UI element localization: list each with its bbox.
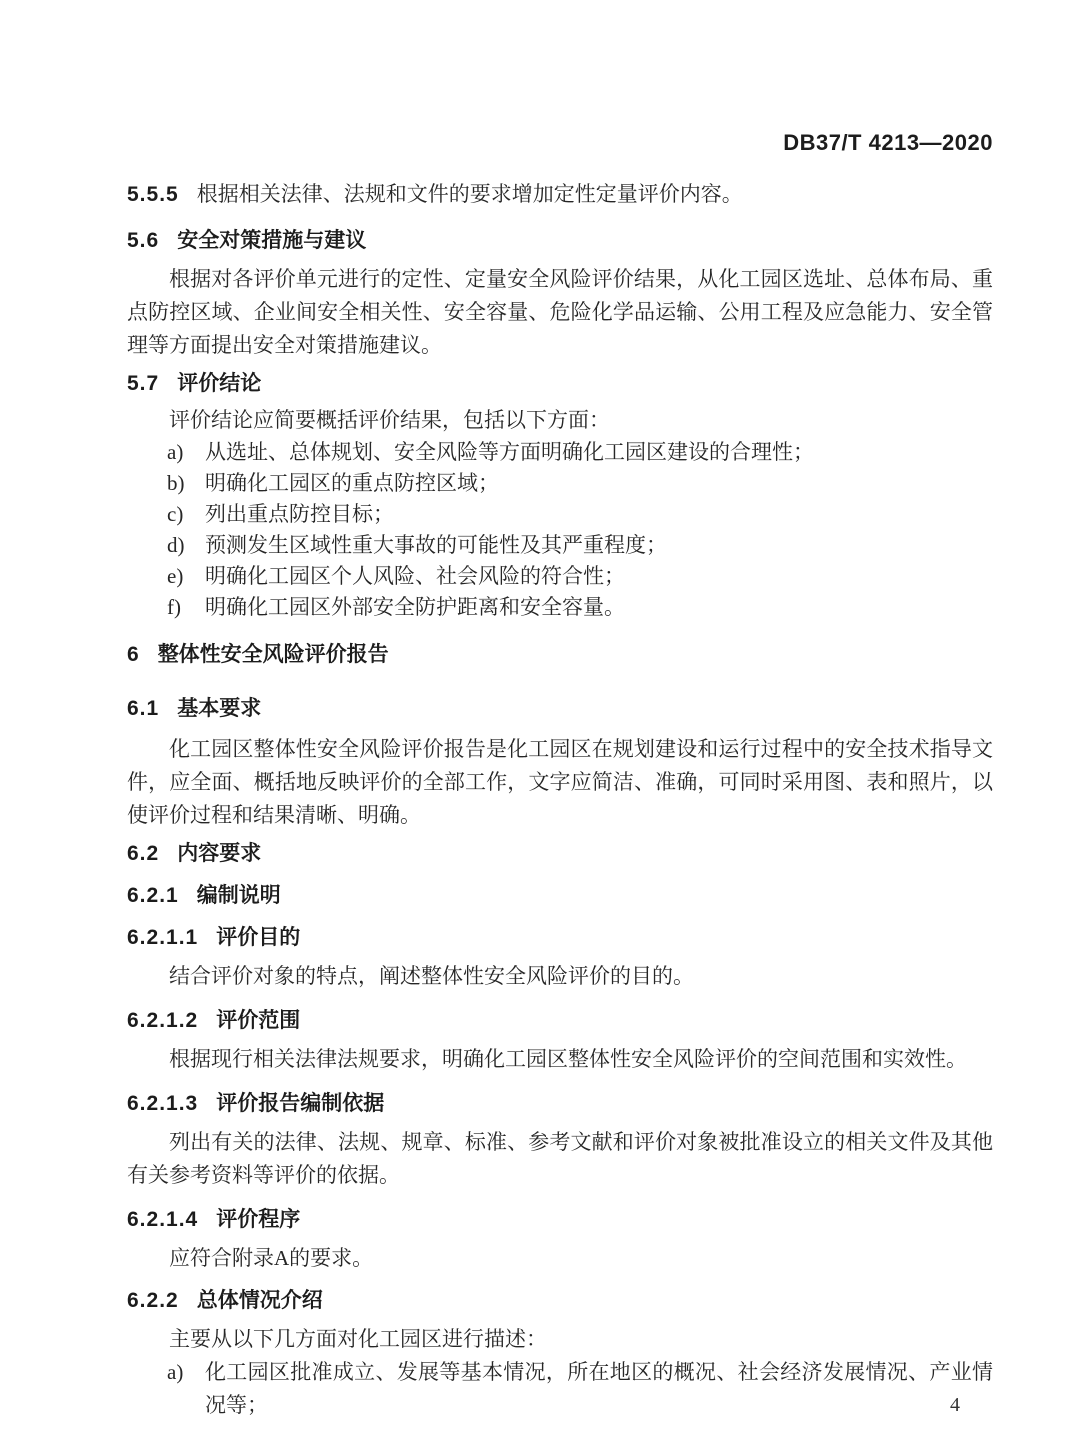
list-item: e)明确化工园区个人风险、社会风险的符合性；: [127, 561, 993, 592]
document-code-header: DB37/T 4213—2020: [127, 130, 993, 156]
list-marker: e): [167, 561, 183, 592]
heading-title: 整体性安全风险评价报告: [158, 643, 389, 666]
heading-6-1: 6.1基本要求: [127, 693, 993, 725]
list-marker: a): [167, 437, 183, 468]
heading-title: 基本要求: [177, 697, 261, 720]
paragraph-6-2-1-4: 应符合附录A的要求。: [127, 1242, 993, 1275]
heading-number: 5.7: [127, 372, 159, 395]
paragraph-6-2-1-2: 根据现行相关法律法规要求，明确化工园区整体性安全风险评价的空间范围和实效性。: [127, 1043, 993, 1076]
heading-6-2-1-4: 6.2.1.4评价程序: [127, 1204, 993, 1236]
page-content: DB37/T 4213—2020 5.5.5根据相关法律、法规和文件的要求增加定…: [127, 0, 993, 1422]
list-text: 明确化工园区个人风险、社会风险的符合性；: [205, 564, 625, 588]
list-item: f)明确化工园区外部安全防护距离和安全容量。: [127, 592, 993, 623]
heading-number: 5.6: [127, 229, 159, 252]
heading-5-6: 5.6安全对策措施与建议: [127, 225, 993, 257]
heading-6-2-1: 6.2.1编制说明: [127, 880, 993, 912]
list-5-7: a)从选址、总体规划、安全风险等方面明确化工园区建设的合理性； b)明确化工园区…: [127, 437, 993, 623]
heading-number: 6.2.1.2: [127, 1009, 198, 1032]
heading-number: 6.2.1: [127, 884, 179, 907]
heading-number: 6.2.1.3: [127, 1092, 198, 1115]
heading-number: 6.1: [127, 697, 159, 720]
heading-title: 编制说明: [197, 884, 281, 907]
heading-6: 6整体性安全风险评价报告: [127, 639, 993, 671]
list-item: a)从选址、总体规划、安全风险等方面明确化工园区建设的合理性；: [127, 437, 993, 468]
list-text: 明确化工园区外部安全防护距离和安全容量。: [205, 595, 625, 619]
list-item: d)预测发生区域性重大事故的可能性及其严重程度；: [127, 530, 993, 561]
paragraph-6-2-1-3: 列出有关的法律、法规、规章、标准、参考文献和评价对象被批准设立的相关文件及其他有…: [127, 1126, 993, 1192]
paragraph-5-6: 根据对各评价单元进行的定性、定量安全风险评价结果，从化工园区选址、总体布局、重点…: [127, 263, 993, 362]
heading-number: 6.2.1.1: [127, 926, 198, 949]
heading-title: 评价范围: [216, 1009, 300, 1032]
list-marker: a): [167, 1356, 183, 1389]
list-item: c)列出重点防控目标；: [127, 499, 993, 530]
heading-6-2: 6.2内容要求: [127, 838, 993, 870]
list-text: 明确化工园区的重点防控区域；: [205, 471, 499, 495]
page-number: 4: [950, 1393, 960, 1417]
list-marker: d): [167, 530, 185, 561]
list-text: 化工园区批准成立、发展等基本情况，所在地区的概况、社会经济发展情况、产业情况等；: [205, 1360, 993, 1417]
heading-title: 安全对策措施与建议: [177, 229, 366, 252]
clause-text: 根据相关法律、法规和文件的要求增加定性定量评价内容。: [197, 182, 743, 206]
paragraph-6-2-2-intro: 主要从以下几方面对化工园区进行描述：: [127, 1323, 993, 1356]
heading-title: 总体情况介绍: [197, 1289, 323, 1312]
heading-title: 评价结论: [177, 372, 261, 395]
heading-title: 内容要求: [177, 842, 261, 865]
heading-number: 6: [127, 643, 140, 666]
list-text: 列出重点防控目标；: [205, 502, 394, 526]
list-item: a)化工园区批准成立、发展等基本情况，所在地区的概况、社会经济发展情况、产业情况…: [127, 1356, 993, 1422]
clause-5-5-5: 5.5.5根据相关法律、法规和文件的要求增加定性定量评价内容。: [127, 178, 993, 211]
list-6-2-2: a)化工园区批准成立、发展等基本情况，所在地区的概况、社会经济发展情况、产业情况…: [127, 1356, 993, 1422]
list-marker: c): [167, 499, 183, 530]
heading-title: 评价报告编制依据: [216, 1092, 384, 1115]
heading-5-7: 5.7评价结论: [127, 368, 993, 400]
heading-title: 评价目的: [216, 926, 300, 949]
heading-6-2-2: 6.2.2总体情况介绍: [127, 1285, 993, 1317]
paragraph-6-1: 化工园区整体性安全风险评价报告是化工园区在规划建设和运行过程中的安全技术指导文件…: [127, 733, 993, 832]
heading-6-2-1-1: 6.2.1.1评价目的: [127, 922, 993, 954]
list-marker: f): [167, 592, 181, 623]
document-page: DB37/T 4213—2020 5.5.5根据相关法律、法规和文件的要求增加定…: [0, 0, 1080, 1439]
list-text: 预测发生区域性重大事故的可能性及其严重程度；: [205, 533, 667, 557]
clause-number: 5.5.5: [127, 183, 179, 206]
heading-6-2-1-3: 6.2.1.3评价报告编制依据: [127, 1088, 993, 1120]
list-text: 从选址、总体规划、安全风险等方面明确化工园区建设的合理性；: [205, 440, 814, 464]
paragraph-5-7-intro: 评价结论应简要概括评价结果，包括以下方面：: [127, 404, 993, 437]
list-marker: b): [167, 468, 185, 499]
heading-6-2-1-2: 6.2.1.2评价范围: [127, 1005, 993, 1037]
heading-number: 6.2.1.4: [127, 1208, 198, 1231]
heading-number: 6.2.2: [127, 1289, 179, 1312]
heading-number: 6.2: [127, 842, 159, 865]
paragraph-6-2-1-1: 结合评价对象的特点，阐述整体性安全风险评价的目的。: [127, 960, 993, 993]
list-item: b)明确化工园区的重点防控区域；: [127, 468, 993, 499]
heading-title: 评价程序: [216, 1208, 300, 1231]
